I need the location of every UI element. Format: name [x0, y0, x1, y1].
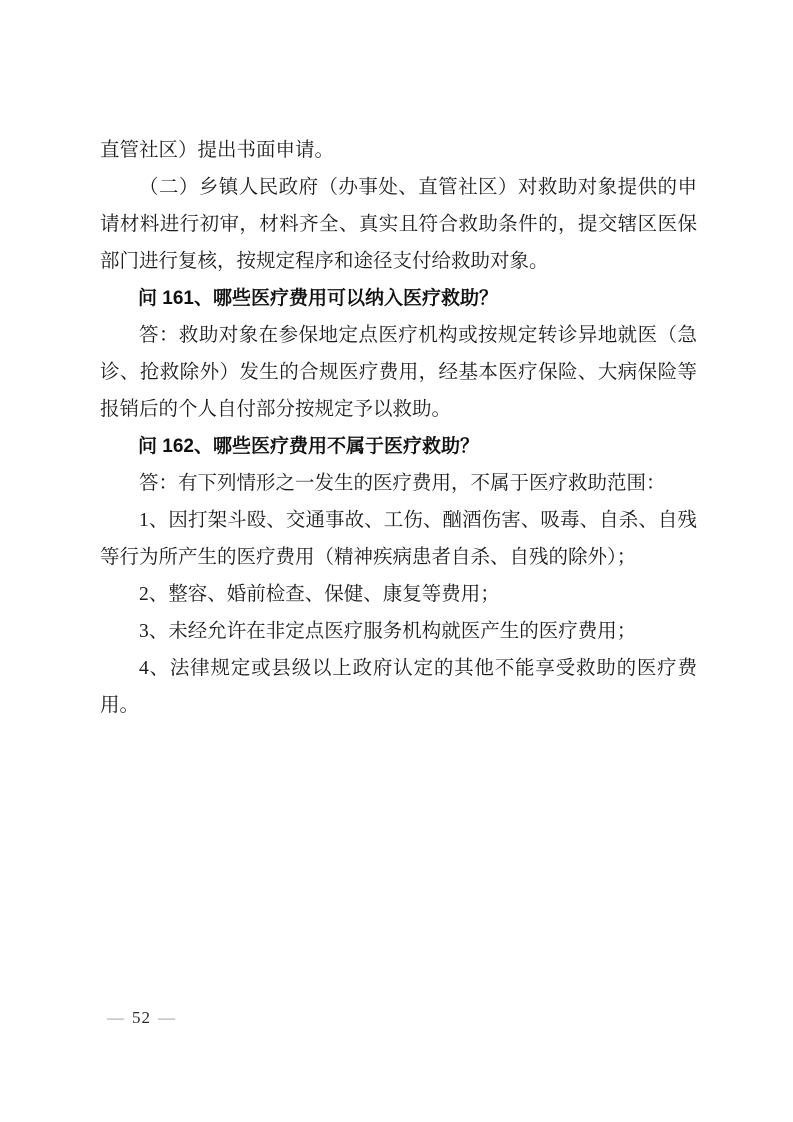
document-page: 直管社区）提出书面申请。 （二）乡镇人民政府（办事处、直管社区）对救助对象提供的… [0, 0, 793, 1122]
paragraph-step-two: （二）乡镇人民政府（办事处、直管社区）对救助对象提供的申请材料进行初审，材料齐全… [100, 169, 697, 280]
list-item-3: 3、未经允许在非定点医疗服务机构就医产生的医疗费用； [100, 613, 697, 650]
list-item-2: 2、整容、婚前检查、保健、康复等费用； [100, 576, 697, 613]
list-item-1: 1、因打架斗殴、交通事故、工伤、酗酒伤害、吸毒、自杀、自残等行为所产生的医疗费用… [100, 502, 697, 576]
question-161-heading: 问 161、哪些医疗费用可以纳入医疗救助？ [100, 280, 697, 317]
footer-left-dash: — [100, 1008, 132, 1027]
page-number: 52 [132, 1008, 151, 1027]
footer-right-dash: — [151, 1008, 183, 1027]
page-footer: —52— [100, 1006, 183, 1030]
document-content: 直管社区）提出书面申请。 （二）乡镇人民政府（办事处、直管社区）对救助对象提供的… [100, 132, 697, 724]
paragraph-continuation: 直管社区）提出书面申请。 [100, 132, 697, 169]
answer-161: 答：救助对象在参保地定点医疗机构或按规定转诊异地就医（急诊、抢救除外）发生的合规… [100, 317, 697, 428]
answer-162-intro: 答：有下列情形之一发生的医疗费用，不属于医疗救助范围： [100, 465, 697, 502]
list-item-4: 4、法律规定或县级以上政府认定的其他不能享受救助的医疗费用。 [100, 650, 697, 724]
question-162-heading: 问 162、哪些医疗费用不属于医疗救助？ [100, 428, 697, 465]
